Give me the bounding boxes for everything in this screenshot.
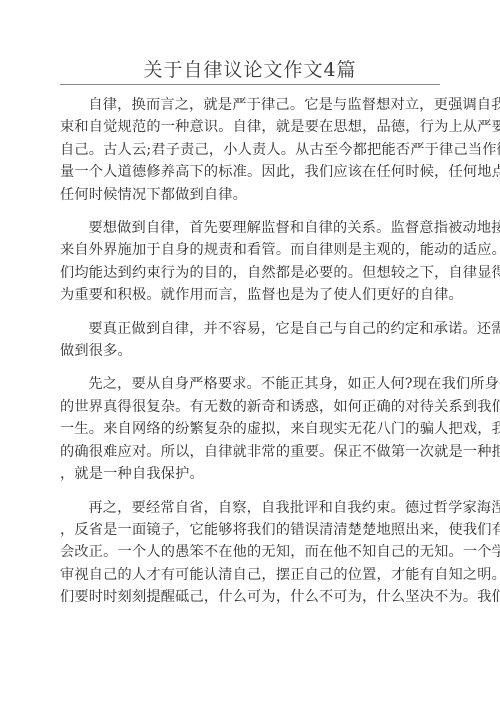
text-line: 先之，要从自身严格要求。不能正其身，如正人何?现在我们所身处 bbox=[60, 373, 444, 395]
text-line: ，就是一种自我保护。 bbox=[60, 463, 444, 485]
text-line: 为重要和积极。就作用而言，监督也是为了使人们更好的自律。 bbox=[60, 284, 444, 306]
text-line: 会改正。一个人的愚笨不在他的无知，而在他不知自己的无知。一个学会 bbox=[60, 541, 444, 563]
text-line: 束和自觉规范的一种意识。自律，就是要在思想，品德，行为上从严要求 bbox=[60, 116, 444, 138]
text-line: 的确很难应对。所以，自律就非常的重要。保正不做第一次就是一种拒绝 bbox=[60, 441, 444, 463]
document-title: 关于自律议论文作文4篇 bbox=[60, 58, 440, 82]
paragraph-1: 自律，换而言之，就是严于律己。它是与监督想对立，更强调自我约 束和自觉规范的一种… bbox=[60, 94, 444, 206]
text-line: 自律，换而言之，就是严于律己。它是与监督想对立，更强调自我约 bbox=[60, 94, 444, 116]
text-line: 审视自己的人才有可能认清自己，摆正自己的位置，才能有自知之明。我 bbox=[60, 564, 444, 586]
text-line: 们均能达到约束行为的目的，自然都是必要的。但想较之下，自律显得更 bbox=[60, 262, 444, 284]
text-line: 们要时时刻刻提醒砥己，什么可为，什么不可为，什么坚决不为。我们要 bbox=[60, 586, 444, 608]
text-line: 自己。古人云;君子责己，小人责人。从古至今都把能否严于律己当作衡 bbox=[60, 139, 444, 161]
text-line: 任何时候情况下都做到自律。 bbox=[60, 184, 444, 206]
document-page: 关于自律议论文作文4篇 自律，换而言之，就是严于律己。它是与监督想对立，更强调自… bbox=[0, 0, 500, 707]
text-line: 再之，要经常自省，自察，自我批评和自我约束。德过哲学家海涅说 bbox=[60, 497, 444, 519]
paragraph-4: 先之，要从自身严格要求。不能正其身，如正人何?现在我们所身处 的世界真得很复杂。… bbox=[60, 373, 444, 485]
text-line: 量一个人道德修养高下的标准。因此，我们应该在任何时候，任何地点， bbox=[60, 161, 444, 183]
paragraph-5: 再之，要经常自省，自察，自我批评和自我约束。德过哲学家海涅说 ，反省是一面镜子，… bbox=[60, 497, 444, 609]
text-line: 做到很多。 bbox=[60, 340, 444, 362]
text-line: 的世界真得很复杂。有无数的新奇和诱惑，如何正确的对待关系到我们的 bbox=[60, 396, 444, 418]
paragraph-3: 要真正做到自律，并不容易，它是自己与自己的约定和承诺。还需要 做到很多。 bbox=[60, 318, 444, 363]
text-line: 要想做到自律，首先要理解监督和自律的关系。监督意指被动地接受 bbox=[60, 217, 444, 239]
text-line: 一生。来自网络的纷繁复杂的虚拟，来自现实无花八门的骗人把戏，我们 bbox=[60, 418, 444, 440]
text-line: 来自外界施加于自身的规责和看管。而自律则是主观的，能动的适应。它 bbox=[60, 239, 444, 261]
title-divider bbox=[60, 84, 440, 85]
paragraph-2: 要想做到自律，首先要理解监督和自律的关系。监督意指被动地接受 来自外界施加于自身… bbox=[60, 217, 444, 307]
document-body: 自律，换而言之，就是严于律己。它是与监督想对立，更强调自我约 束和自觉规范的一种… bbox=[60, 94, 444, 620]
text-line: ，反省是一面镜子，它能够将我们的错误清清楚楚地照出来，使我们有机 bbox=[60, 519, 444, 541]
text-line: 要真正做到自律，并不容易，它是自己与自己的约定和承诺。还需要 bbox=[60, 318, 444, 340]
